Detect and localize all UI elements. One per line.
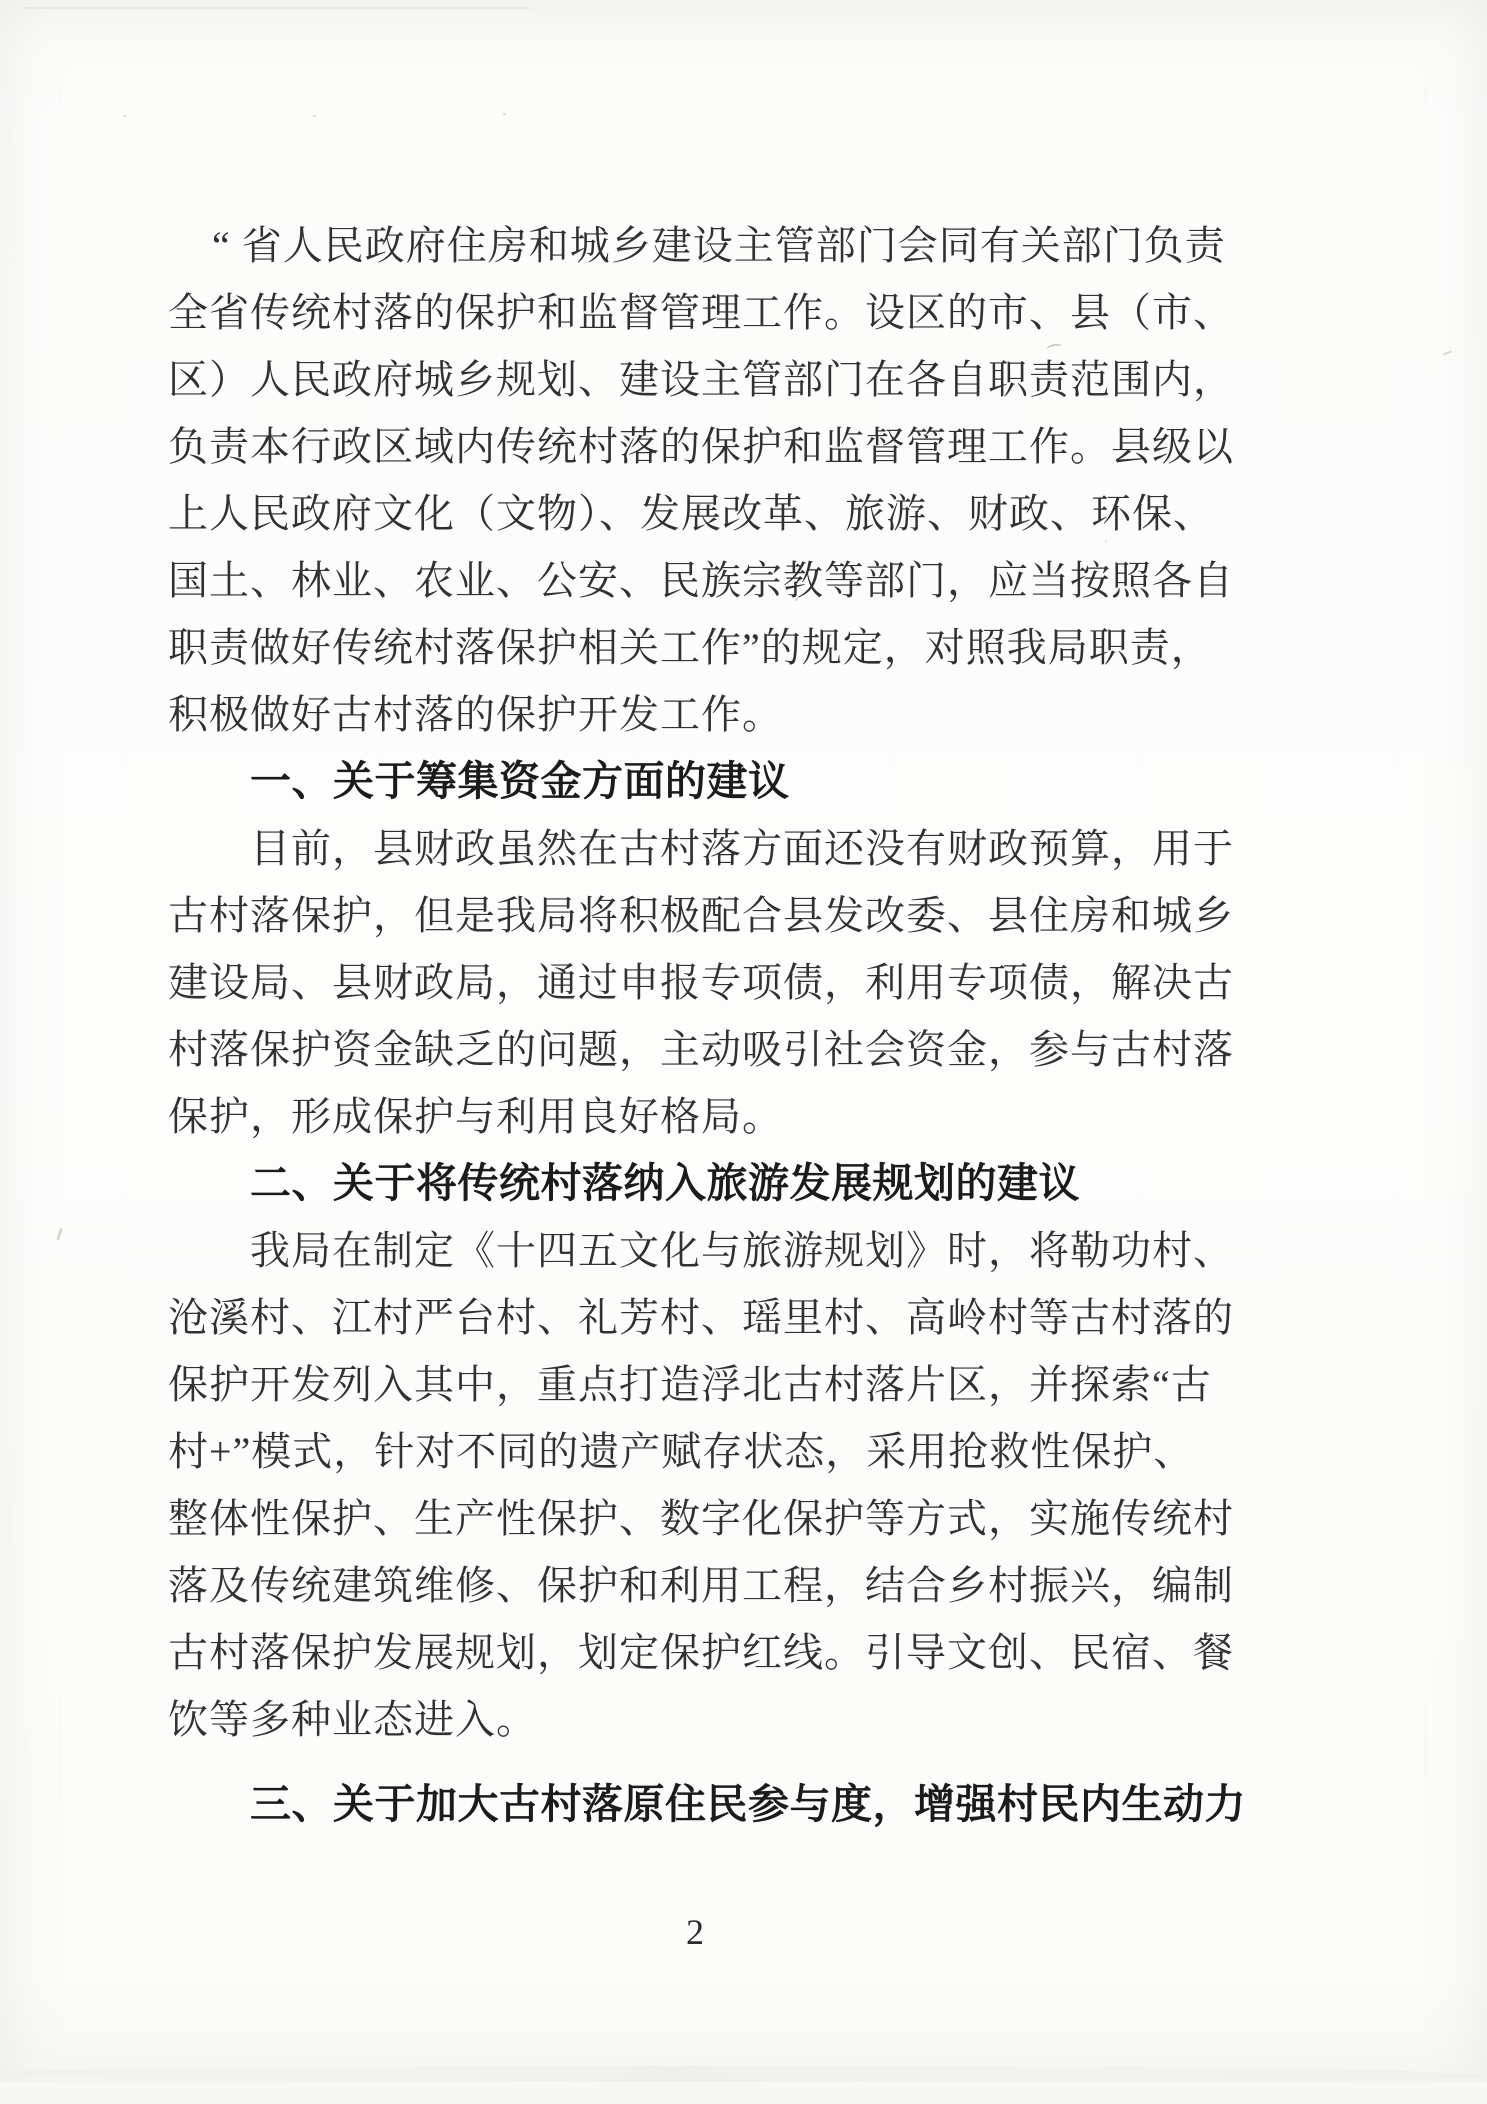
text-line: 区）人民政府城乡规划、建设主管部门在各自职责范围内， [168,346,1328,413]
text-line: 落及传统建筑维修、保护和利用工程，结合乡村振兴，编制 [168,1552,1328,1619]
text-line: 村落保护资金缺乏的问题，主动吸引社会资金，参与古村落 [168,1016,1328,1083]
text-line: “ 省人民政府住房和城乡建设主管部门会同有关部门负责 [168,212,1328,279]
text-line: 建设局、县财政局，通过申报专项债，利用专项债，解决古 [168,949,1328,1016]
text-line: 国土、林业、农业、公安、民族宗教等部门，应当按照各自 [168,547,1328,614]
text-line: 村+”模式，针对不同的遗产赋存状态，采用抢救性保护、 [168,1418,1328,1485]
scan-bottom-edge [0,2082,1487,2104]
text-line: 沧溪村、江村严台村、礼芳村、瑶里村、高岭村等古村落的 [168,1284,1328,1351]
scan-speckle [313,115,316,117]
text-line: 全省传统村落的保护和监督管理工作。设区的市、县（市、 [168,279,1328,346]
scan-edge-line [25,7,530,9]
text-line: 古村落保护，但是我局将积极配合县发改委、县住房和城乡 [168,882,1328,949]
page-number: 2 [686,1912,704,1952]
text-line: 古村落保护发展规划，划定保护红线。引导文创、民宿、餐 [168,1619,1328,1686]
scan-scratch [56,1228,63,1240]
section-heading-1: 一、关于筹集资金方面的建议 [168,748,1328,815]
scan-speckle [503,113,506,115]
text-line: 负责本行政区域内传统村落的保护和监督管理工作。县级以 [168,413,1328,480]
document-body: “ 省人民政府住房和城乡建设主管部门会同有关部门负责 全省传统村落的保护和监督管… [168,212,1328,1838]
scanned-document-page: “ 省人民政府住房和城乡建设主管部门会同有关部门负责 全省传统村落的保护和监督管… [0,0,1487,2104]
text-line: 上人民政府文化（文物）、发展改革、旅游、财政、环保、 [168,480,1328,547]
section-heading-2: 二、关于将传统村落纳入旅游发展规划的建议 [168,1150,1328,1217]
text-line: 饮等多种业态进入。 [168,1686,1328,1753]
text-line: 保护开发列入其中，重点打造浮北古村落片区，并探索“古 [168,1351,1328,1418]
text-line: 职责做好传统村落保护相关工作”的规定，对照我局职责， [168,614,1328,681]
scan-scratch [1443,351,1452,356]
text-line: 我局在制定《十四五文化与旅游规划》时，将勒功村、 [168,1217,1328,1284]
scan-bottom-shadow [0,2066,1487,2082]
text-line: 积极做好古村落的保护开发工作。 [168,681,1328,748]
text-line: 保护，形成保护与利用良好格局。 [168,1083,1328,1150]
scan-speckle [123,115,126,117]
text-line: 整体性保护、生产性保护、数字化保护等方式，实施传统村 [168,1485,1328,1552]
section-heading-3: 三、关于加大古村落原住民参与度，增强村民内生动力 [168,1771,1328,1838]
text-line: 目前，县财政虽然在古村落方面还没有财政预算，用于 [168,815,1328,882]
